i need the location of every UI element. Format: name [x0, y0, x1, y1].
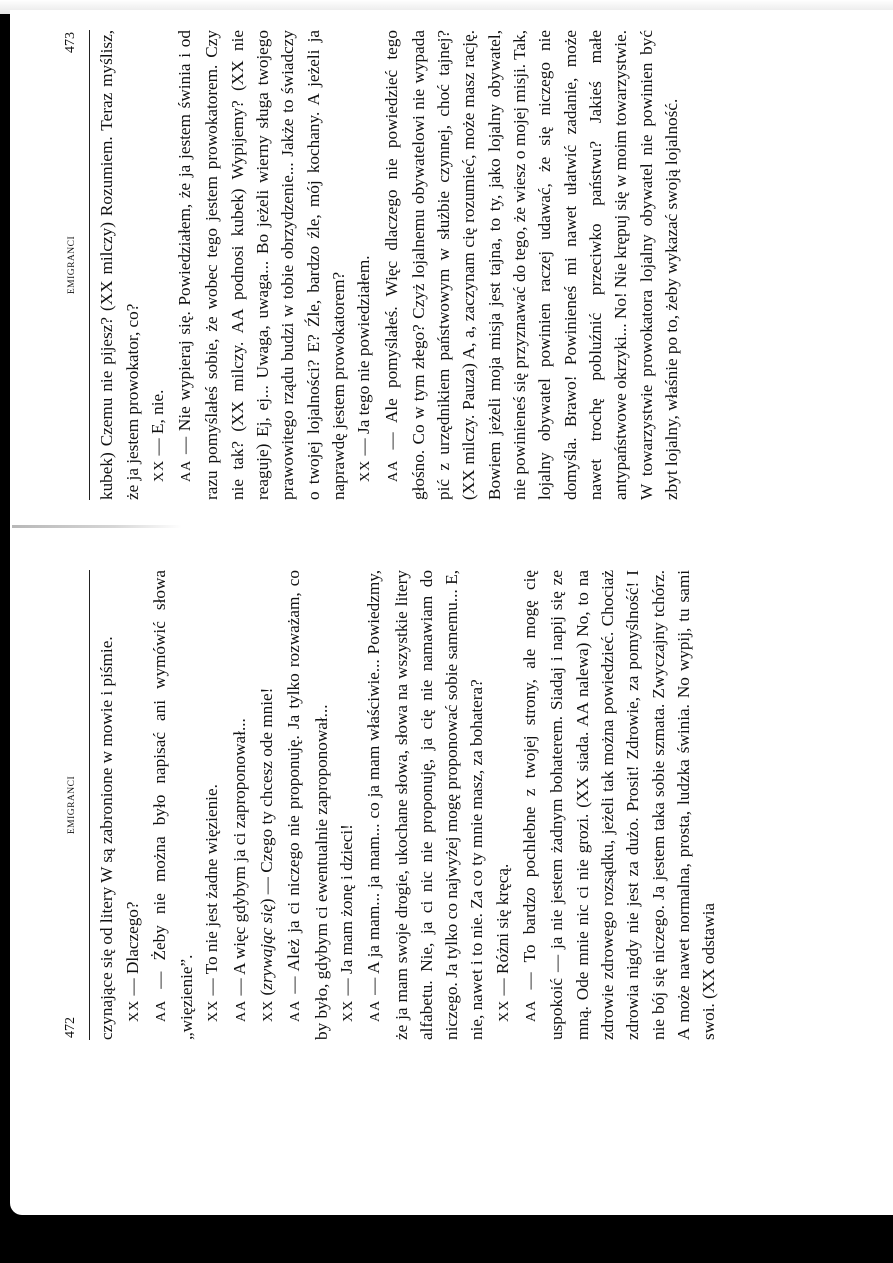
paragraph: AA — Nie wypieraj się. Powiedziałem, że …: [172, 30, 351, 500]
paragraph: AA — To bardzo pochlebne z twojej strony…: [517, 570, 721, 1040]
page-body: czynające się od litery W są zabronione …: [94, 570, 721, 1040]
paragraph: AA — Ależ ja ci niczego nie proponuję. J…: [281, 570, 334, 1040]
speaker-tag: XX: [206, 1000, 221, 1022]
page-number: 473: [58, 32, 83, 53]
paragraph: XX — Różni się kręcą.: [490, 570, 517, 1040]
page-number: 472: [58, 1017, 83, 1038]
page-body: kubek) Czemu nie pijesz? (XX milczy) Roz…: [94, 30, 684, 500]
running-title: EMIGRANCI: [60, 236, 85, 294]
book-gutter-shadow: [12, 525, 182, 528]
paragraph: czynające się od litery W są zabronione …: [94, 570, 119, 1040]
page-472: 472 EMIGRANCI 000 czynające się od liter…: [58, 570, 721, 1040]
paragraph: XX — E, nie.: [145, 30, 172, 500]
speaker-tag: XX: [341, 1000, 356, 1022]
paragraph: XX (zrywając się) — Czego ty chcesz ode …: [254, 570, 281, 1040]
speaker-tag: XX: [358, 460, 373, 482]
running-title: EMIGRANCI: [60, 776, 85, 834]
speaker-tag: AA: [154, 1000, 169, 1022]
speaker-tag: AA: [524, 1000, 539, 1022]
speaker-tag: AA: [288, 1000, 303, 1022]
paragraph: kubek) Czemu nie pijesz? (XX milczy) Roz…: [94, 30, 145, 500]
paragraph: AA — A ja mam... ja mam... co ja mam wła…: [361, 570, 489, 1040]
paragraph: AA — Ale pomyślałeś. Więc dlaczego nie p…: [379, 30, 685, 500]
paragraph: AA — Żeby nie można było napisać ani wym…: [147, 570, 200, 1040]
running-head: 472 EMIGRANCI 000: [58, 570, 90, 1040]
speaker-tag: XX: [261, 1000, 276, 1022]
paragraph: XX — Ja mam żonę i dzieci!: [334, 570, 361, 1040]
page-473: 000 EMIGRANCI 473 kubek) Czemu nie pijes…: [58, 30, 684, 500]
paragraph: XX — To nie jest żadne więzienie.: [199, 570, 226, 1040]
running-head: 000 EMIGRANCI 473: [58, 30, 90, 500]
speaker-tag: AA: [368, 1000, 383, 1022]
speaker-tag: AA: [234, 1000, 249, 1022]
speaker-tag: XX: [127, 1000, 142, 1022]
speaker-tag: AA: [179, 460, 194, 482]
paragraph: AA — A więc gdybym ja ci zaproponował...: [227, 570, 254, 1040]
speaker-tag: XX: [497, 1000, 512, 1022]
paragraph: XX — Dlaczego?: [120, 570, 147, 1040]
paragraph: XX — Ja tego nie powiedziałem.: [351, 30, 378, 500]
speaker-tag: XX: [152, 460, 167, 482]
speaker-tag: AA: [386, 460, 401, 482]
stage-direction: zrywając się: [257, 904, 276, 989]
